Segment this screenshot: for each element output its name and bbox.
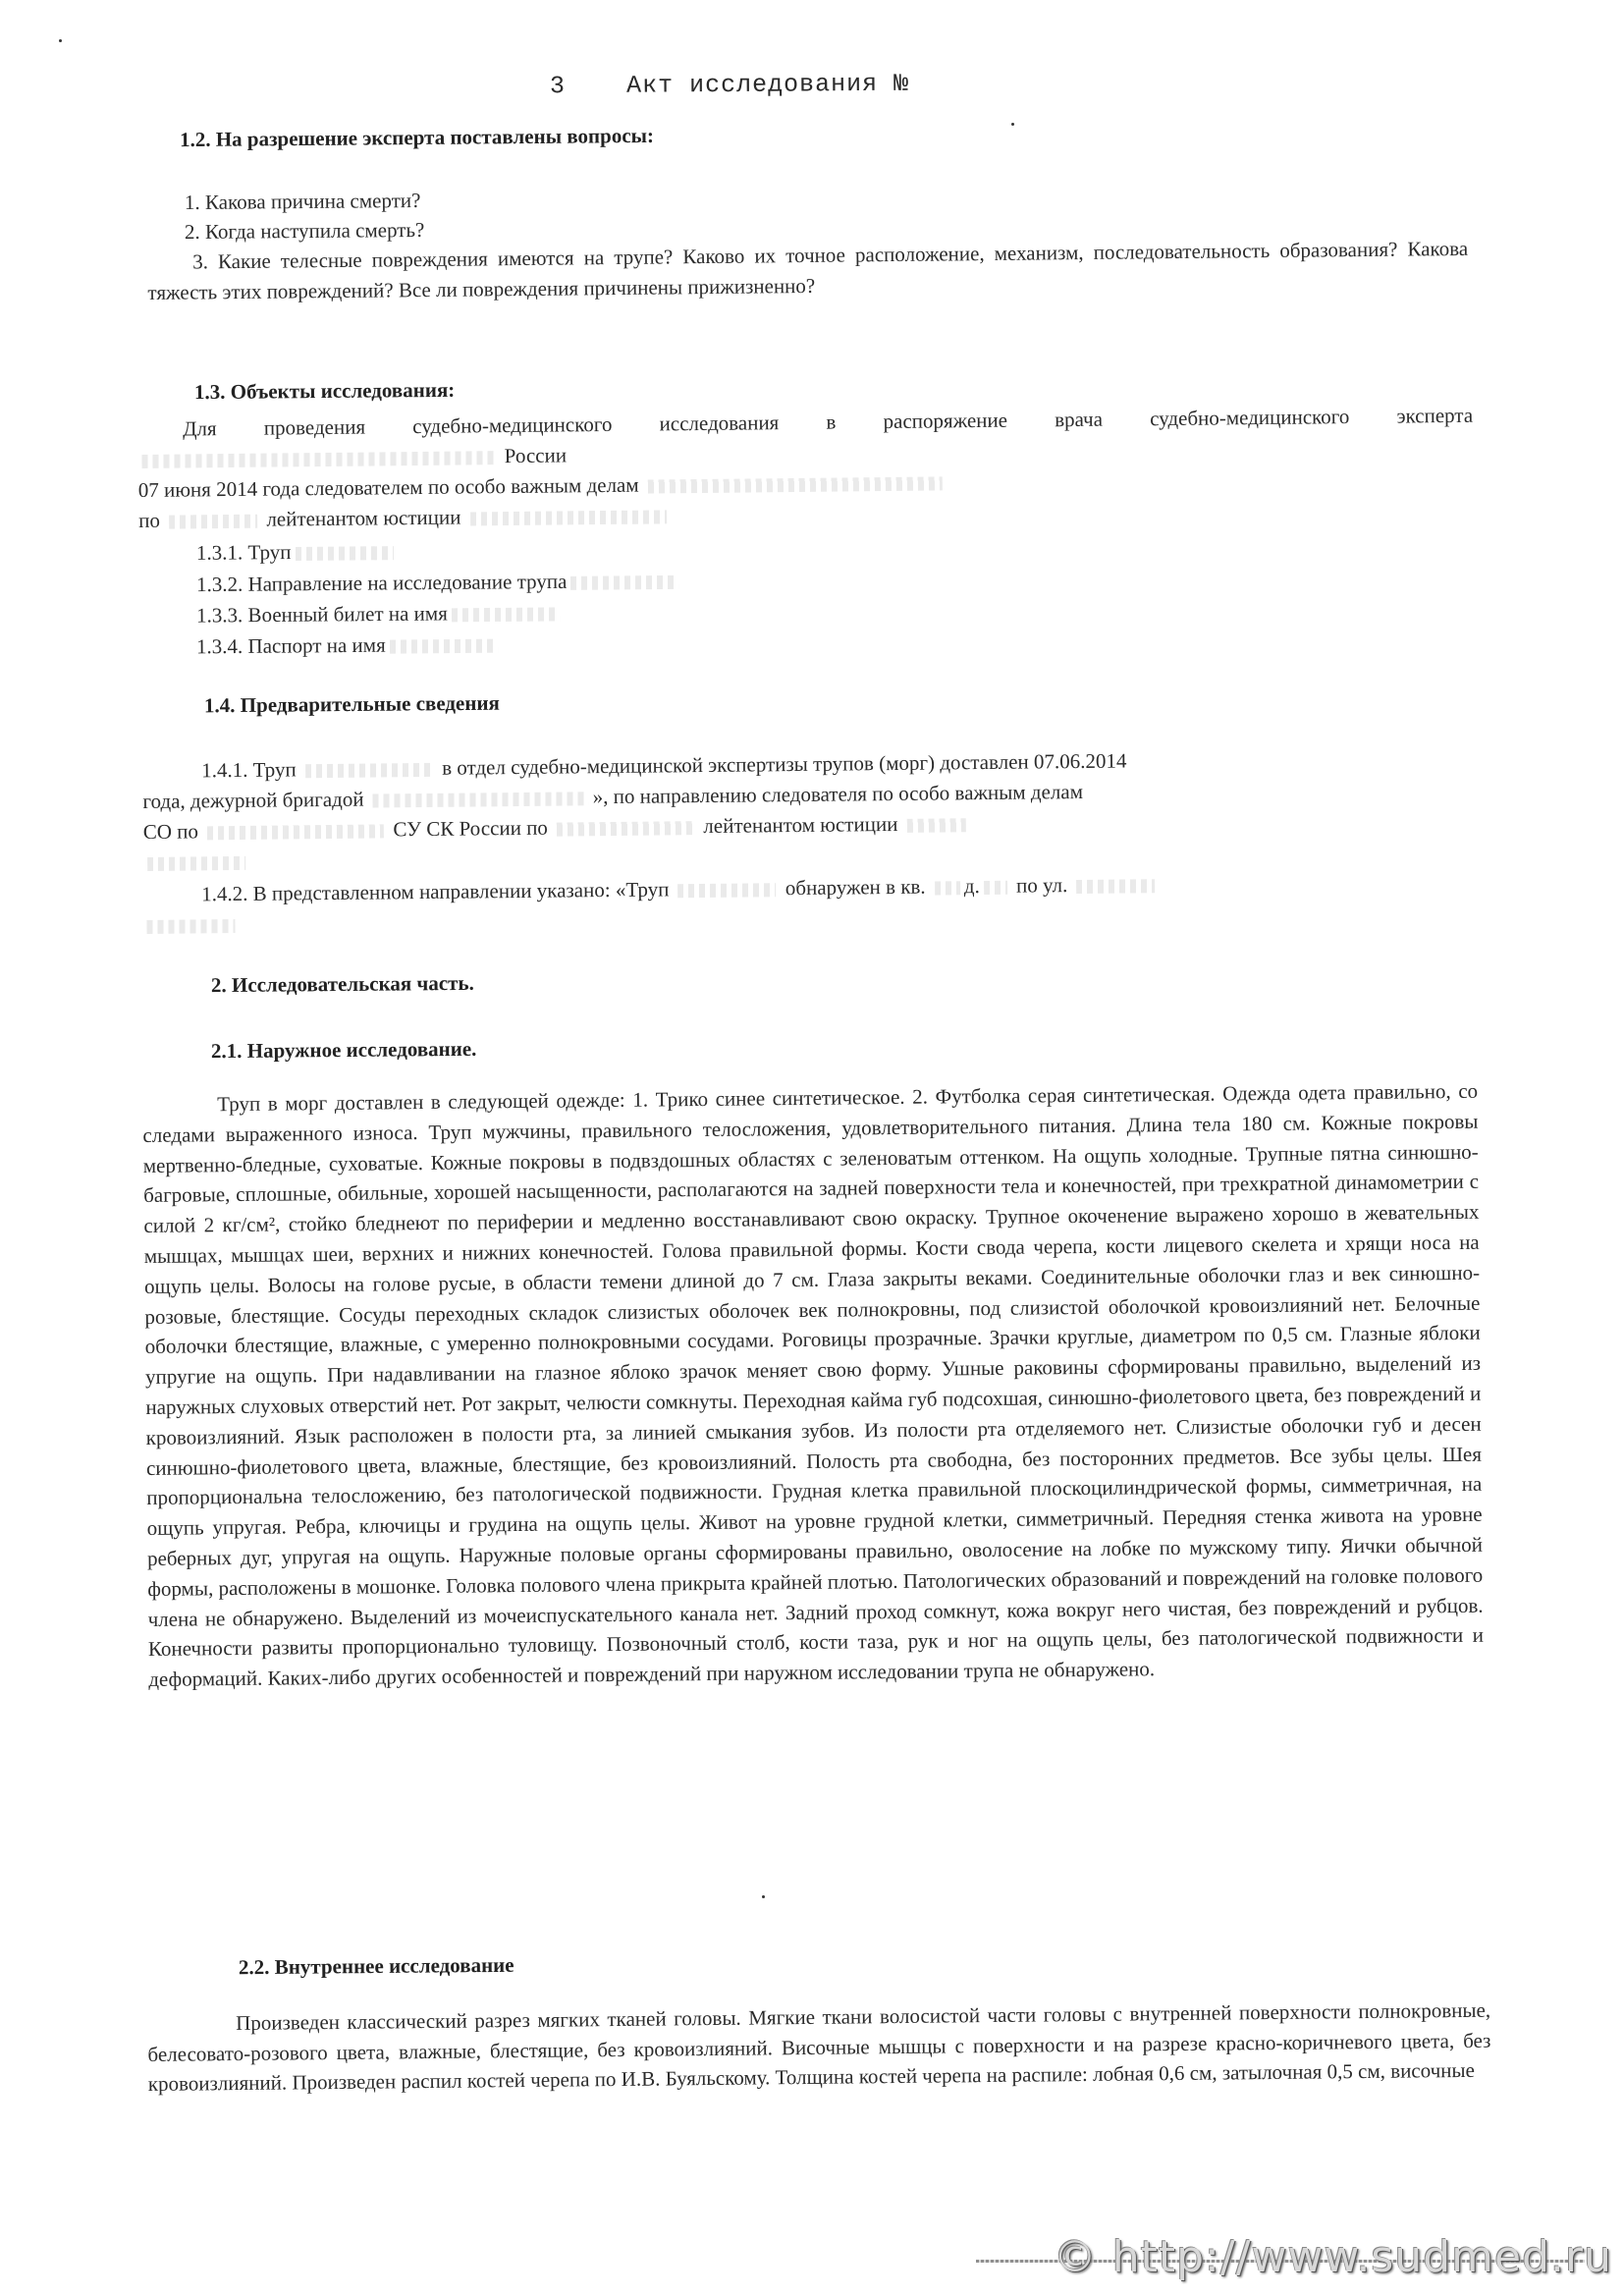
question-3: 3. Какие телесные повреждения имеются на… (147, 234, 1469, 308)
redacted-text (169, 515, 257, 529)
redacted-text (648, 477, 943, 494)
page-header: 3 Акт исследования № (550, 70, 909, 101)
section-heading-2: 2. Исследовательская часть. (211, 971, 474, 998)
section-heading-2-1: 2.1. Наружное исследование. (211, 1037, 477, 1064)
page-number: 3 (550, 72, 566, 100)
external-examination-text: Труп в морг доставлен в следующей одежде… (142, 1076, 1484, 1695)
object-item-3: 1.3.3. Военный билет на имя (196, 600, 564, 628)
watermark: © http://www.sudmed.ru (1054, 2232, 1612, 2282)
question-1: 1. Какова причина смерти? (185, 189, 421, 215)
section-heading-1-2: 1.2. На разрешение эксперта поставлены в… (180, 124, 654, 152)
section-heading-1-4: 1.4. Предварительные сведения (204, 691, 500, 719)
document-page: 3 Акт исследования № 1.2. На разрешение … (0, 0, 1624, 2296)
redacted-text (141, 451, 495, 468)
redacted-text (470, 511, 667, 526)
object-item-2: 1.3.2. Направление на исследование трупа (196, 569, 683, 597)
object-item-1: 1.3.1. Труп (196, 539, 398, 566)
question-2: 2. Когда наступила смерть? (185, 218, 425, 245)
section-heading-2-2: 2.2. Внутреннее исследование (239, 1953, 514, 1980)
scan-artifact (59, 39, 62, 42)
scan-artifact (762, 1895, 765, 1898)
preliminary-info-2: 1.4.2. В представленном направлении указ… (142, 866, 1479, 941)
document-title: Акт исследования № (626, 70, 909, 100)
objects-intro: Для проведения судебно-медицинского иссл… (137, 401, 1474, 536)
section-heading-1-3: 1.3. Объекты исследования: (194, 378, 455, 405)
object-item-4: 1.3.4. Паспорт на имя (196, 632, 502, 660)
preliminary-info-1: 1.4.1. Труп в отдел судебно-медицинской … (142, 742, 1479, 878)
scan-artifact (1011, 123, 1014, 126)
internal-examination-text: Произведен классический разрез мягких тк… (147, 1995, 1491, 2100)
